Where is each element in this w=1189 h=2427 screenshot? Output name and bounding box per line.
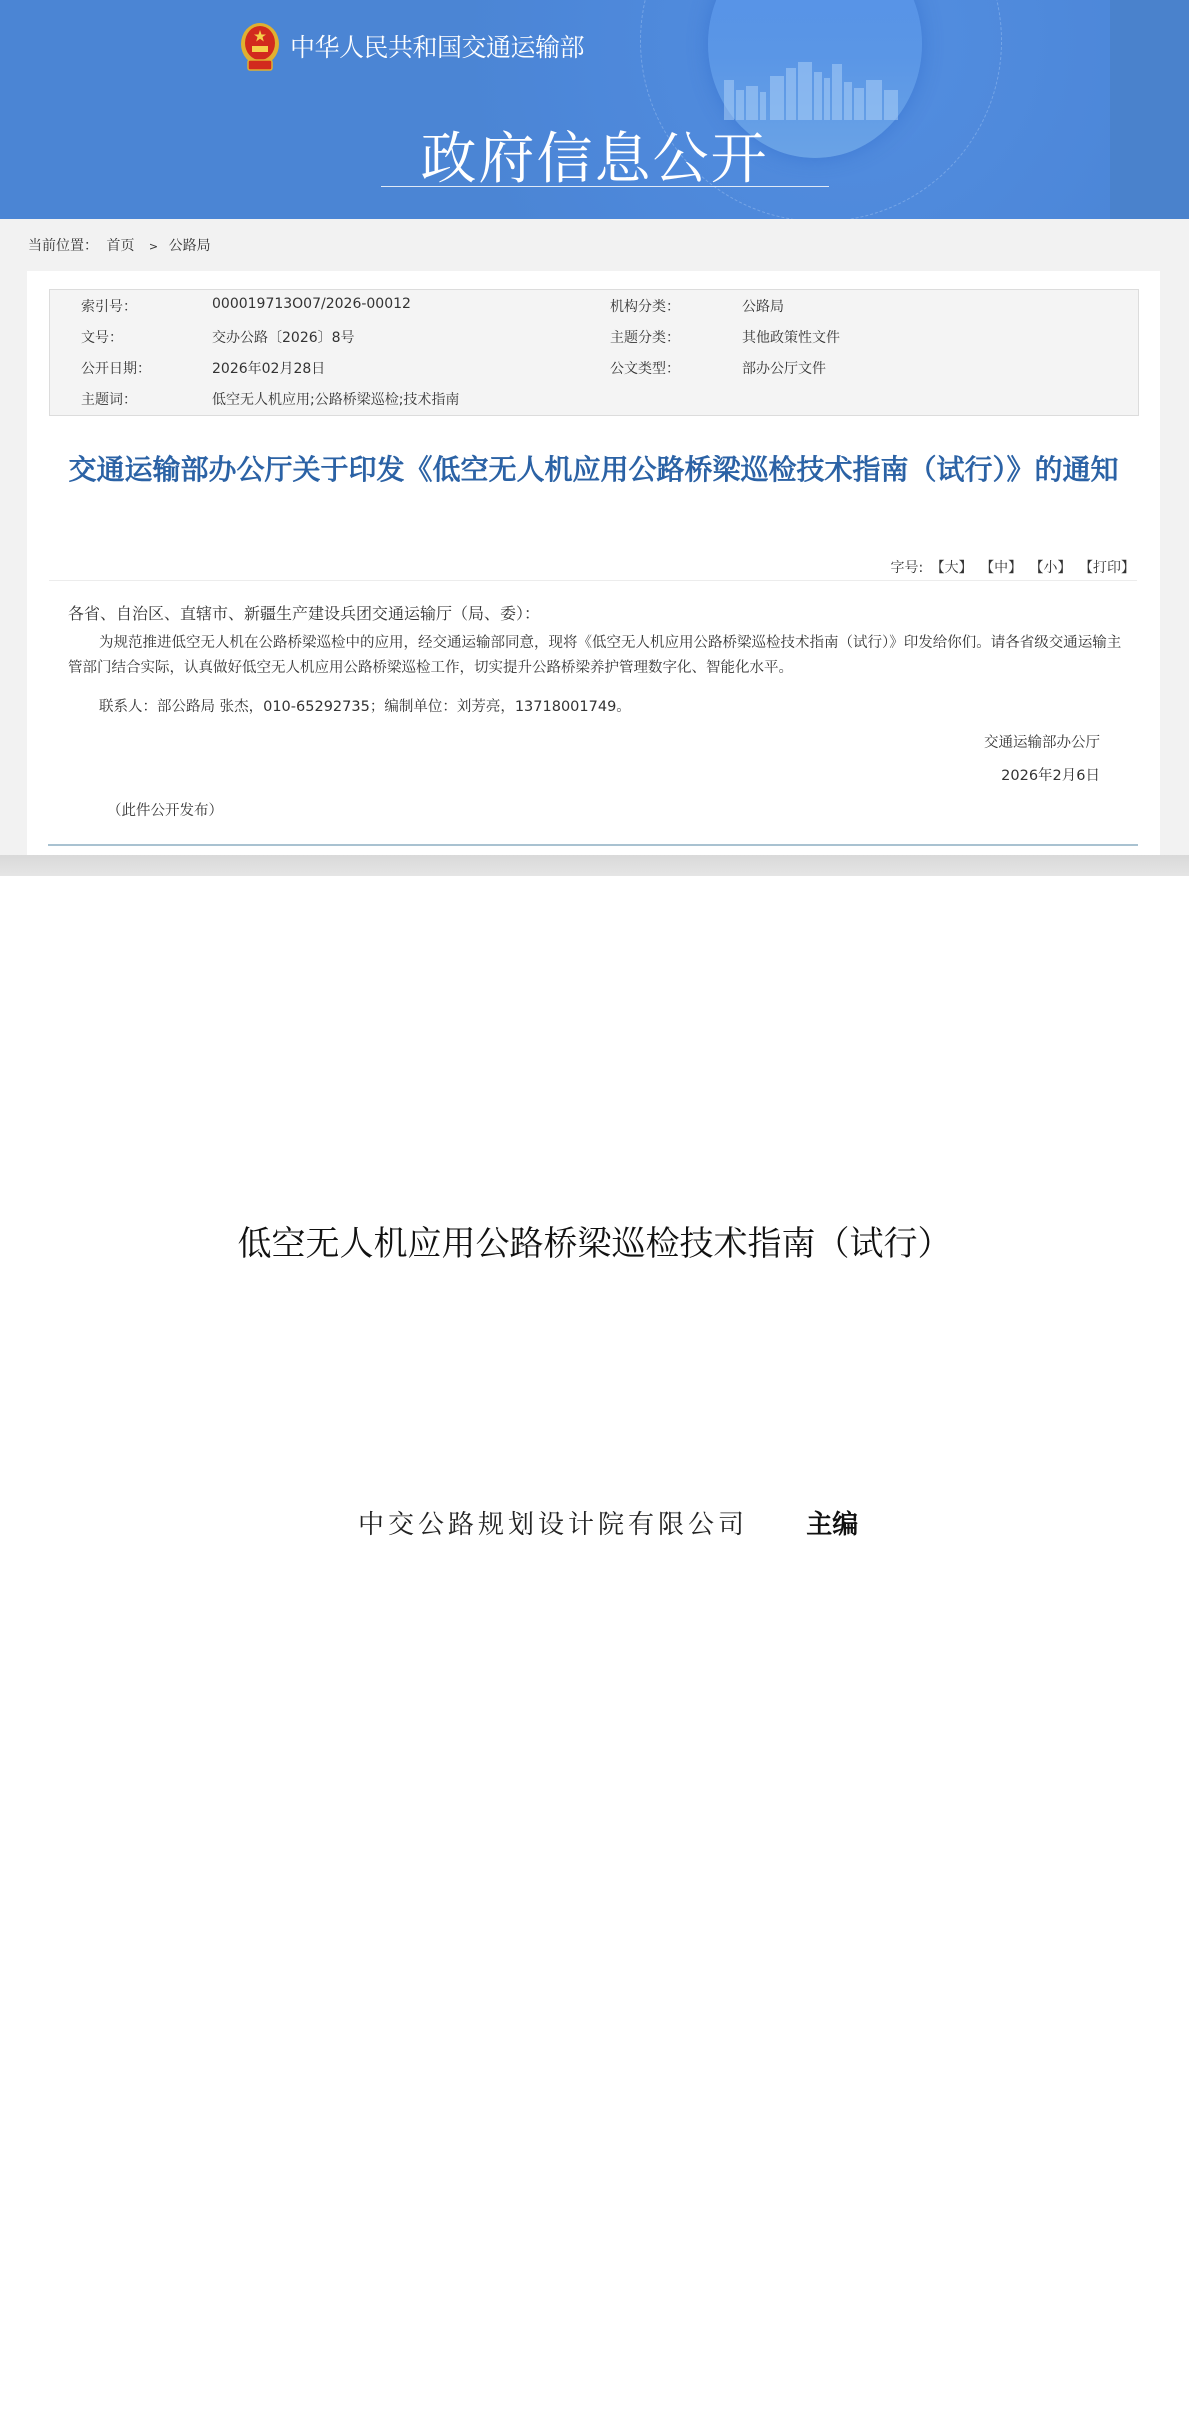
document-number-value: 交办公路〔2026〕8号 (212, 327, 355, 347)
signature-date: 2026年2月6日 (1001, 764, 1100, 785)
attachment-page: 低空无人机应用公路桥梁巡检技术指南（试行） 中交公路规划设计院有限公司 主编 (0, 876, 1189, 2427)
article-title: 交通运输部办公厅关于印发《低空无人机应用公路桥梁巡检技术指南（试行）》的通知 (47, 448, 1140, 492)
document-number-label: 文号： (81, 327, 123, 347)
editor-organization: 中交公路规划设计院有限公司 (358, 1510, 748, 1540)
keywords-label: 主题词： (81, 389, 137, 409)
banner-title: 政府信息公开 (0, 115, 1189, 195)
publish-date-value: 2026年02月28日 (212, 358, 325, 378)
breadcrumb-label: 当前位置： (28, 238, 98, 254)
breadcrumb-highway-bureau-link[interactable]: 公路局 (169, 238, 211, 254)
attachment-title: 低空无人机应用公路桥梁巡检技术指南（试行） (0, 1216, 1189, 1265)
print-button[interactable]: 【打印】 (1079, 560, 1135, 576)
agency-category-value: 公路局 (742, 296, 784, 316)
font-size-label: 字号: (890, 560, 923, 576)
document-type-label: 公文类型： (610, 358, 680, 378)
keywords-value: 低空无人机应用;公路桥梁巡检;技术指南 (212, 389, 459, 409)
title-divider (49, 580, 1137, 581)
index-number-label: 索引号： (81, 296, 137, 316)
public-release-note: （此件公开发布） (107, 799, 223, 820)
city-skyline-icon (718, 60, 908, 120)
metadata-table: 索引号： 000019713O07/2026-00012 机构分类： 公路局 文… (49, 289, 1139, 416)
salutation: 各省、自治区、直辖市、新疆生产建设兵团交通运输厅（局、委）： (68, 601, 1128, 624)
banner-underline (381, 186, 829, 187)
metadata-row: 文号： 交办公路〔2026〕8号 主题分类： 其他政策性文件 (50, 321, 1138, 352)
signature-organization: 交通运输部办公厅 (984, 731, 1100, 752)
font-size-medium-button[interactable]: 【中】 (980, 560, 1022, 576)
metadata-row: 公开日期： 2026年02月28日 公文类型： 部办公厅文件 (50, 352, 1138, 383)
metadata-row: 主题词： 低空无人机应用;公路桥梁巡检;技术指南 (50, 383, 1138, 414)
breadcrumb-home-link[interactable]: 首页 (106, 238, 134, 254)
editor-role: 主编 (806, 1510, 858, 1540)
contact-info: 联系人：部公路局 张杰，010-65292735；编制单位：刘芳亮，137180… (68, 695, 1128, 716)
agency-category-label: 机构分类： (610, 296, 680, 316)
body-paragraph: 为规范推进低空无人机在公路桥梁巡检中的应用，经交通运输部同意，现将《低空无人机应… (68, 631, 1128, 681)
subject-category-value: 其他政策性文件 (742, 327, 840, 347)
attachment-editor-line: 中交公路规划设计院有限公司 主编 (358, 1504, 858, 1541)
attachment-separator (0, 855, 1189, 876)
ministry-name[interactable]: 中华人民共和国交通运输部 (290, 28, 584, 64)
site-header: 中华人民共和国交通运输部 政府信息公开 (0, 0, 1189, 219)
breadcrumb-separator: > (149, 240, 158, 253)
font-size-large-button[interactable]: 【大】 (931, 560, 973, 576)
font-size-toolbar: 字号: 【大】 【中】 【小】 【打印】 (887, 557, 1135, 577)
subject-category-label: 主题分类： (610, 327, 680, 347)
publish-date-label: 公开日期： (81, 358, 151, 378)
national-emblem-icon[interactable] (240, 22, 280, 72)
document-type-value: 部办公厅文件 (742, 358, 826, 378)
breadcrumb: 当前位置： 首页 > 公路局 (28, 235, 215, 255)
index-number-value: 000019713O07/2026-00012 (212, 296, 411, 312)
metadata-row: 索引号： 000019713O07/2026-00012 机构分类： 公路局 (50, 290, 1138, 321)
font-size-small-button[interactable]: 【小】 (1030, 560, 1072, 576)
article-card: 索引号： 000019713O07/2026-00012 机构分类： 公路局 文… (27, 271, 1160, 855)
article-bottom-divider (48, 844, 1138, 846)
